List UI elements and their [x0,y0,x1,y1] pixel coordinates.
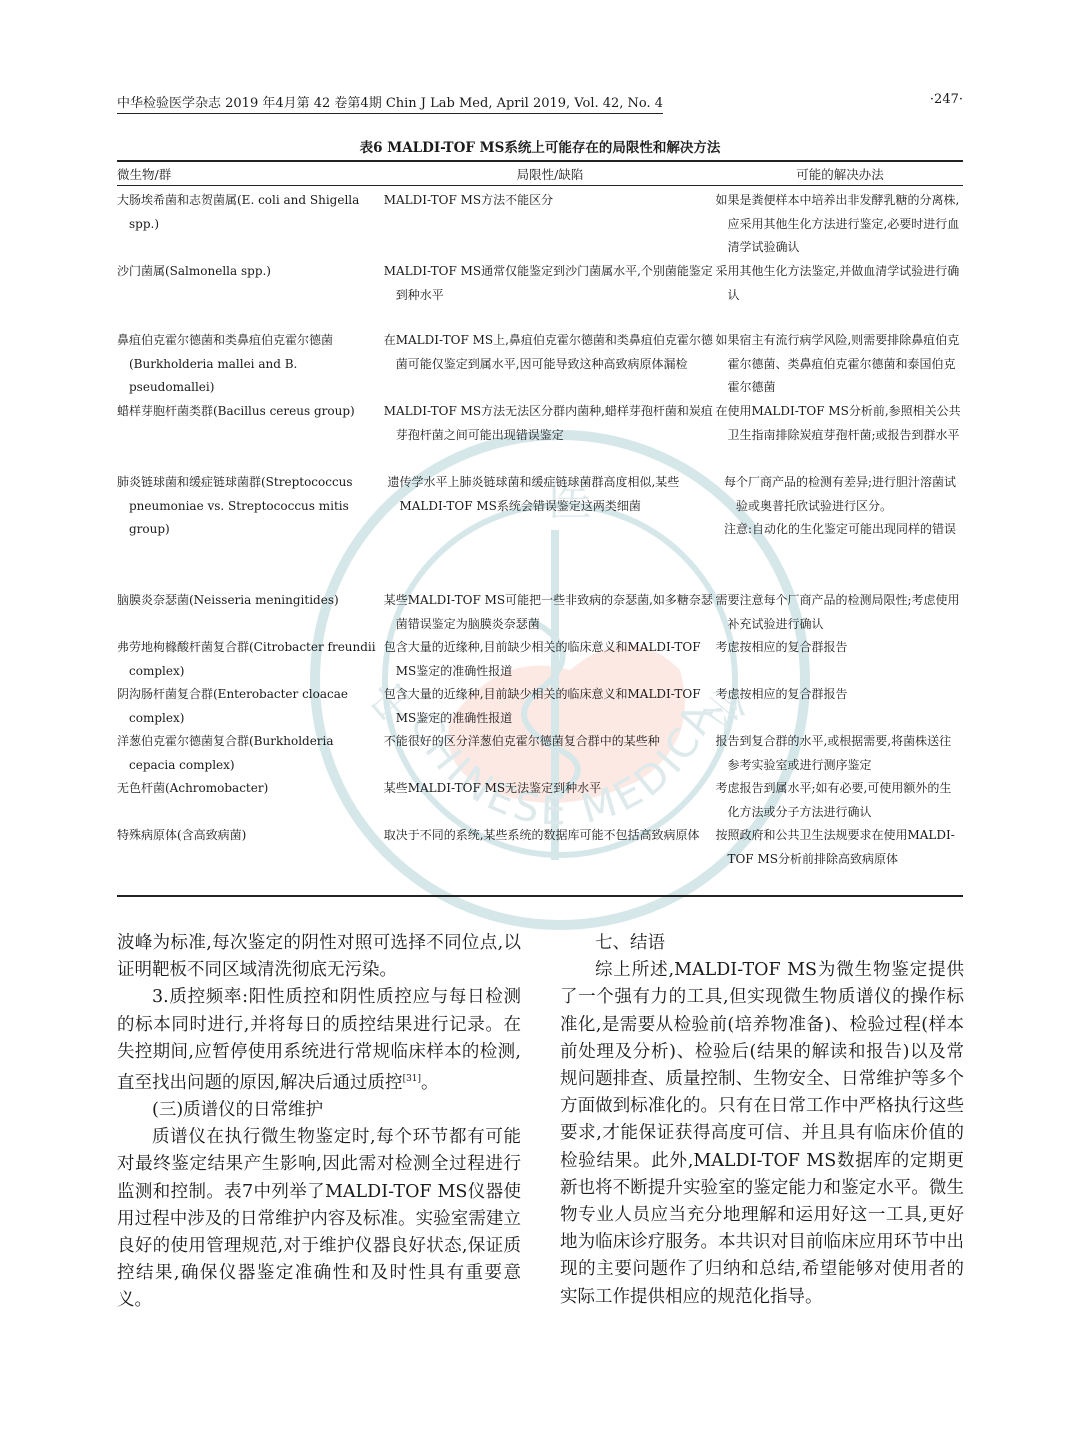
cell-organism: 脑膜炎奈瑟菌(Neisseria meningitides) [117,589,384,636]
table-row: 弗劳地枸橼酸杆菌复合群(Citrobacter freundii complex… [117,636,963,683]
paragraph: 质谱仪在执行微生物鉴定时,每个环节都有可能对最终鉴定结果产生影响,因此需对检测全… [117,1124,521,1314]
paragraph-qc-frequency: 3.质控频率:阳性质控和阴性质控应与每日检测的标本同时进行,并将每日的质控结果进… [117,984,521,1097]
cell-organism: 大肠埃希菌和志贺菌属(E. coli and Shigella spp.) [117,189,384,260]
cell-limitation: 不能很好的区分洋葱伯克霍尔德菌复合群中的某些种 [384,730,716,777]
cell-limitation: 包含大量的近缘种,目前缺少相关的临床意义和MALDI-TOF MS鉴定的准确性报… [384,636,716,683]
cell-organism: 蜡样芽胞杆菌类群(Bacillus cereus group) [117,400,384,471]
cell-limitation: 某些MALDI-TOF MS无法鉴定到种水平 [384,777,716,824]
cell-organism: 肺炎链球菌和缓症链球菌群(Streptococcus pneumoniae vs… [117,471,387,589]
cell-solution: 如果宿主有流行病学风险,则需要排除鼻疽伯克霍尔德菌、类鼻疽伯克霍尔德菌和泰国伯克… [715,329,963,400]
cell-solution: 考虑报告到属水平;如有必要,可使用额外的生化方法或分子方法进行确认 [715,777,963,824]
section-heading: (三)质谱仪的日常维护 [117,1097,521,1124]
cell-limitation: MALDI-TOF MS方法无法区分群内菌种,蜡样芽孢杆菌和炭疽芽孢杆菌之间可能… [384,400,716,471]
table-row: 大肠埃希菌和志贺菌属(E. coli and Shigella spp.) MA… [117,186,963,260]
cell-limitation: 遗传学水平上肺炎链球菌和缓症链球菌群高度相似,某些MALDI-TOF MS系统会… [387,471,724,589]
section-heading-conclusion: 七、结语 [560,930,964,957]
journal-citation: 中华检验医学杂志 2019 年4月第 42 卷第4期 Chin J Lab Me… [117,92,663,114]
table-header: 微生物/群 局限性/缺陷 可能的解决办法 [117,162,963,186]
body-column-right: 七、结语 综上所述,MALDI-TOF MS为微生物鉴定提供了一个强有力的工具,… [560,930,964,1311]
cell-limitation: MALDI-TOF MS通常仅能鉴定到沙门菌属水平,个别菌能鉴定到种水平 [384,260,716,329]
cell-organism: 沙门菌属(Salmonella spp.) [117,260,384,329]
cell-limitation: MALDI-TOF MS方法不能区分 [384,189,716,260]
cell-solution: 需要注意每个厂商产品的检测局限性;考虑使用补充试验进行确认 [715,589,963,636]
cell-solution: 考虑按相应的复合群报告 [715,636,963,683]
table-row: 特殊病原体(含高致病菌) 取决于不同的系统,某些系统的数据库可能不包括高致病原体… [117,824,963,895]
table-row: 鼻疽伯克霍尔德菌和类鼻疽伯克霍尔德菌(Burkholderia mallei a… [117,329,963,400]
table-caption: 表6 MALDI-TOF MS系统上可能存在的局限性和解决方法 [117,136,963,156]
cell-solution: 每个厂商产品的检测有差异;进行胆汁溶菌试验或奥普托欣试验进行区分。 注意:自动化… [724,471,963,589]
header-solution: 可能的解决办法 [717,165,963,183]
cell-limitation: 在MALDI-TOF MS上,鼻疽伯克霍尔德菌和类鼻疽伯克霍尔德菌可能仅鉴定到属… [384,329,716,400]
cell-organism: 无色杆菌(Achromobacter) [117,777,384,824]
paragraph-end: 。 [421,1073,439,1093]
table-row: 蜡样芽胞杆菌类群(Bacillus cereus group) MALDI-TO… [117,400,963,471]
header-organism: 微生物/群 [117,165,383,183]
table-row: 洋葱伯克霍尔德菌复合群(Burkholderia cepacia complex… [117,730,963,777]
citation-ref: [31] [403,1074,421,1084]
cell-organism: 阴沟肠杆菌复合群(Enterobacter cloacae complex) [117,683,384,730]
running-head: 中华检验医学杂志 2019 年4月第 42 卷第4期 Chin J Lab Me… [117,92,963,114]
table-row: 无色杆菌(Achromobacter) 某些MALDI-TOF MS无法鉴定到种… [117,777,963,824]
limitations-table: 微生物/群 局限性/缺陷 可能的解决办法 大肠埃希菌和志贺菌属(E. coli … [117,160,963,897]
cell-solution: 报告到复合群的水平,或根据需要,将菌株送往参考实验室或进行测序鉴定 [715,730,963,777]
cell-organism: 鼻疽伯克霍尔德菌和类鼻疽伯克霍尔德菌(Burkholderia mallei a… [117,329,384,400]
table-row: 肺炎链球菌和缓症链球菌群(Streptococcus pneumoniae vs… [117,471,963,589]
cell-solution: 如果是粪便样本中培养出非发酵乳糖的分离株,应采用其他生化方法进行鉴定,必要时进行… [715,189,963,260]
table-row: 沙门菌属(Salmonella spp.) MALDI-TOF MS通常仅能鉴定… [117,260,963,329]
solution-text: 每个厂商产品的检测有差异;进行胆汁溶菌试验或奥普托欣试验进行区分。 [724,471,963,518]
table-row: 脑膜炎奈瑟菌(Neisseria meningitides) 某些MALDI-T… [117,589,963,636]
paragraph-text: 3.质控频率:阳性质控和阴性质控应与每日检测的标本同时进行,并将每日的质控结果进… [117,987,521,1092]
cell-solution: 按照政府和公共卫生法规要求在使用MALDI-TOF MS分析前排除高致病原体 [715,824,963,895]
body-column-left: 波峰为标准,每次鉴定的阴性对照可选择不同位点,以证明靶板不同区域清洗彻底无污染。… [117,930,521,1315]
paragraph: 波峰为标准,每次鉴定的阴性对照可选择不同位点,以证明靶板不同区域清洗彻底无污染。 [117,930,521,984]
paragraph: 综上所述,MALDI-TOF MS为微生物鉴定提供了一个强有力的工具,但实现微生… [560,957,964,1311]
table-row: 阴沟肠杆菌复合群(Enterobacter cloacae complex) 包… [117,683,963,730]
cell-solution: 在使用MALDI-TOF MS分析前,参照相关公共卫生指南排除炭疽芽孢杆菌;或报… [715,400,963,471]
cell-solution: 考虑按相应的复合群报告 [715,683,963,730]
cell-organism: 洋葱伯克霍尔德菌复合群(Burkholderia cepacia complex… [117,730,384,777]
cell-organism: 弗劳地枸橼酸杆菌复合群(Citrobacter freundii complex… [117,636,384,683]
cell-organism: 特殊病原体(含高致病菌) [117,824,384,895]
page-number: ·247· [930,92,963,107]
cell-limitation: 某些MALDI-TOF MS可能把一些非致病的奈瑟菌,如多糖奈瑟菌错误鉴定为脑膜… [384,589,716,636]
cell-limitation: 包含大量的近缘种,目前缺少相关的临床意义和MALDI-TOF MS鉴定的准确性报… [384,683,716,730]
solution-note: 注意:自动化的生化鉴定可能出现同样的错误 [724,518,963,542]
cell-solution: 采用其他生化方法鉴定,并做血清学试验进行确认 [715,260,963,329]
header-limitation: 局限性/缺陷 [383,165,717,183]
cell-limitation: 取决于不同的系统,某些系统的数据库可能不包括高致病原体 [384,824,716,895]
